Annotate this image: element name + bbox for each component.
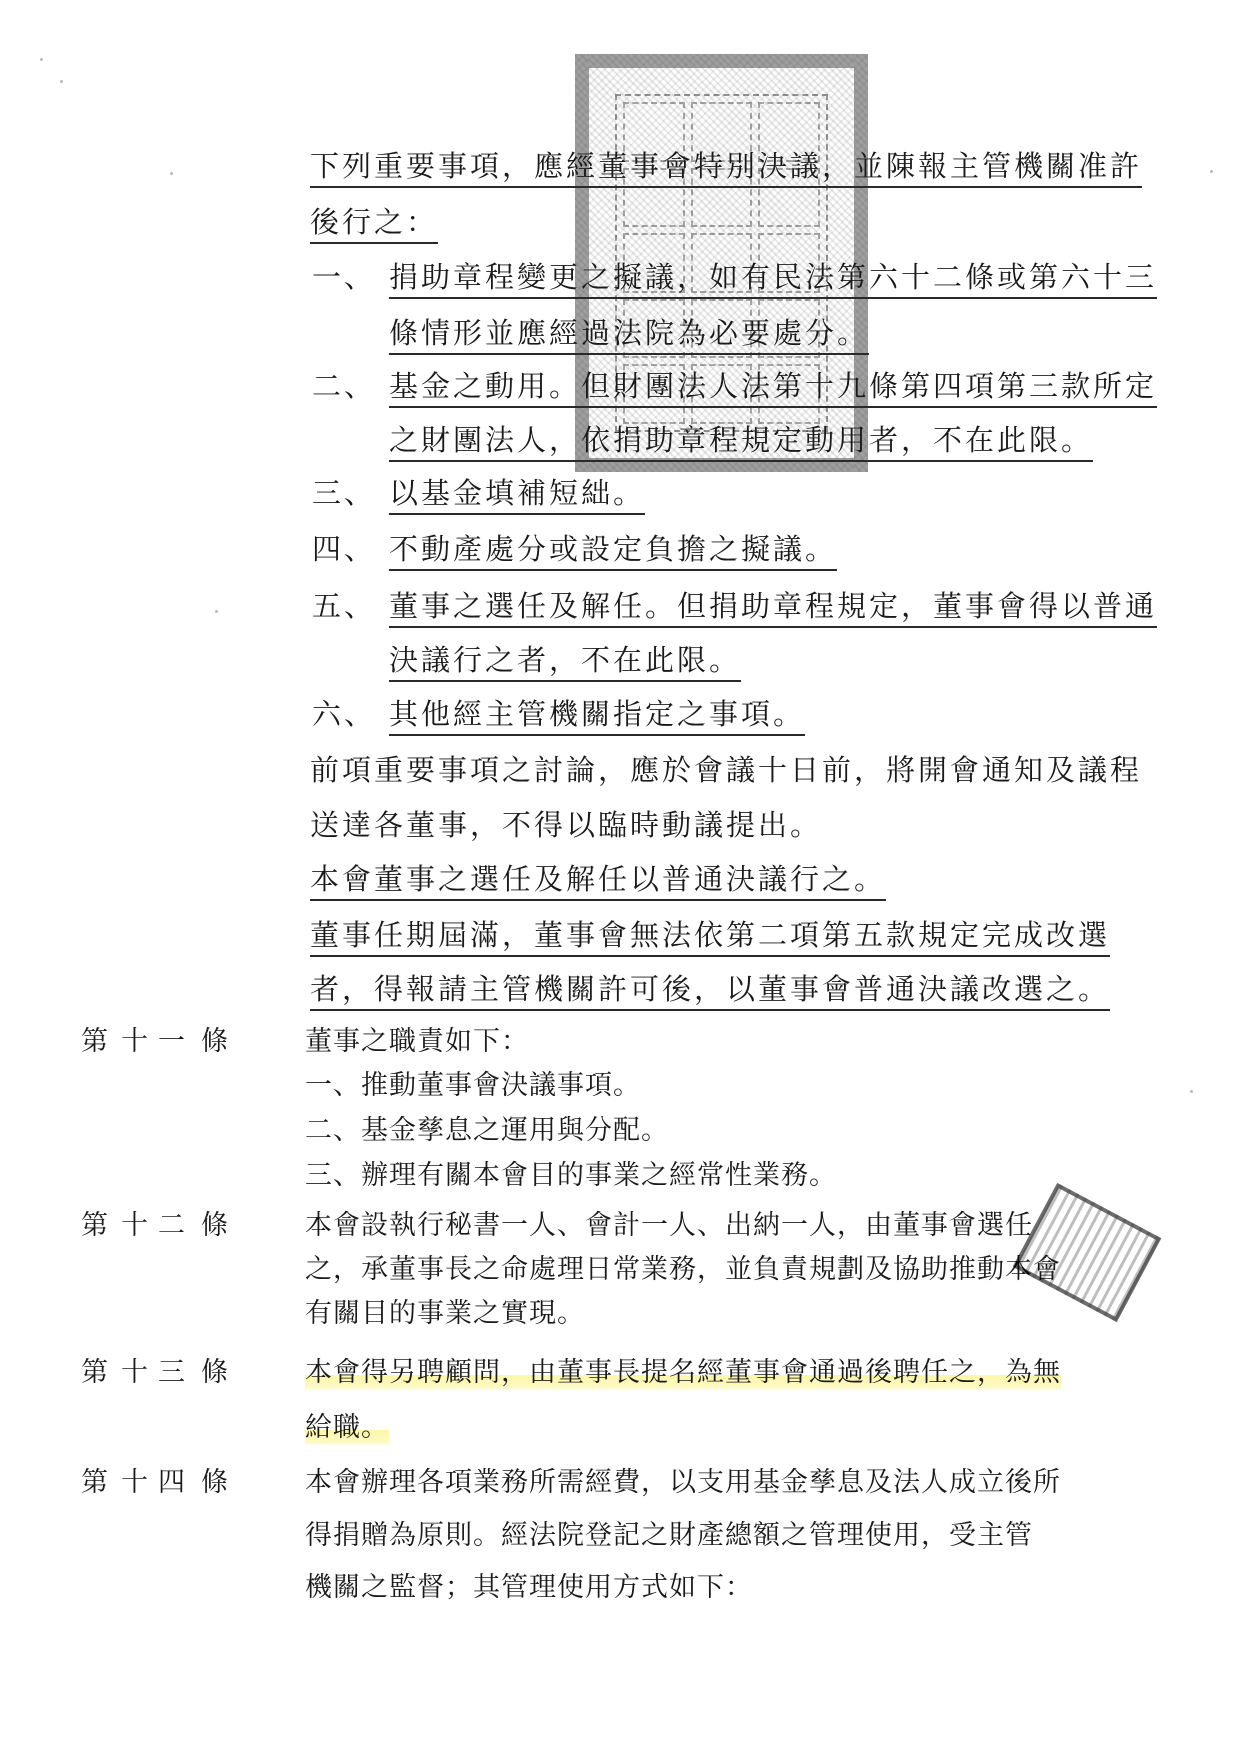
item-5-line-1: 董事之選任及解任。但捐助章程規定，董事會得以普通 xyxy=(389,588,1157,628)
scan-speck xyxy=(1190,1090,1193,1093)
item-2-line-2: 之財團法人，依捐助章程規定動用者，不在此限。 xyxy=(389,422,1093,462)
article-label-number: 十三 xyxy=(121,1355,201,1391)
article-label-di: 第 xyxy=(81,1024,121,1060)
article-13-line-2: 給職。 xyxy=(305,1410,389,1446)
article-12-line-3: 有關目的事業之實現。 xyxy=(305,1296,585,1332)
paragraph-3-line-1: 董事任期屆滿，董事會無法依第二項第五款規定完成改選 xyxy=(310,917,1110,957)
article-14-line-1: 本會辦理各項業務所需經費，以支用基金孳息及法人成立後所 xyxy=(305,1465,1061,1501)
article-label-tiao: 條 xyxy=(201,1024,228,1060)
paragraph-1-line-1: 前項重要事項之討論，應於會議十日前，將開會通知及議程 xyxy=(310,752,1142,788)
article-label-tiao: 條 xyxy=(201,1208,228,1244)
item-2-line-1: 基金之動用。但財團法人法第十九條第四項第三款所定 xyxy=(389,368,1157,408)
article-11-line-2: 一、推動董事會決議事項。 xyxy=(305,1068,641,1104)
article-12-label: 第十二條 xyxy=(81,1208,241,1244)
article-label-number: 十一 xyxy=(121,1024,201,1060)
article-13-label: 第十三條 xyxy=(81,1355,241,1391)
scan-speck xyxy=(170,172,173,175)
item-1-line-2: 條情形並應經過法院為必要處分。 xyxy=(389,315,869,355)
article-12-line-2: 之，承董事長之命處理日常業務，並負責規劃及協助推動本會 xyxy=(305,1252,1061,1288)
article-14-label: 第十四條 xyxy=(81,1465,241,1501)
article-11-line-4: 三、辦理有關本會目的事業之經常性業務。 xyxy=(305,1158,837,1194)
official-seal-small xyxy=(1013,1183,1162,1322)
scan-speck xyxy=(1210,170,1213,173)
article-label-number: 十二 xyxy=(121,1208,201,1244)
article-14-line-3: 機關之監督；其管理使用方式如下： xyxy=(305,1570,753,1606)
intro-line-2: 後行之： xyxy=(310,204,438,244)
item-1-line-1: 捐助章程變更之擬議，如有民法第六十二條或第六十三 xyxy=(389,259,1157,299)
article-13-line-1: 本會得另聘顧問，由董事長提名經董事會通過後聘任之，為無 xyxy=(305,1355,1061,1391)
paragraph-3-line-2: 者，得報請主管機關許可後，以董事會普通決議改選之。 xyxy=(310,971,1110,1011)
scan-speck xyxy=(215,610,218,613)
paragraph-1-line-2: 送達各董事，不得以臨時動議提出。 xyxy=(310,807,822,843)
scan-speck xyxy=(40,58,43,61)
item-number: 一、 xyxy=(312,259,376,295)
article-12-line-1: 本會設執行秘書一人、會計一人、出納一人，由董事會選任 xyxy=(305,1208,1033,1244)
article-14-line-2: 得捐贈為原則。經法院登記之財產總額之管理使用，受主管 xyxy=(305,1518,1033,1554)
item-number: 二、 xyxy=(312,368,376,404)
article-label-tiao: 條 xyxy=(201,1355,228,1391)
item-number: 四、 xyxy=(312,531,376,567)
article-label-di: 第 xyxy=(81,1208,121,1244)
article-label-di: 第 xyxy=(81,1355,121,1391)
scan-speck xyxy=(60,80,63,83)
item-6-line-1: 其他經主管機關指定之事項。 xyxy=(389,696,805,736)
article-label-number: 十四 xyxy=(121,1465,201,1501)
item-number: 五、 xyxy=(312,588,376,624)
item-4-line-1: 不動產處分或設定負擔之擬議。 xyxy=(389,531,837,571)
intro-line-1: 下列重要事項，應經董事會特別決議，並陳報主管機關准許 xyxy=(310,148,1142,188)
item-5-line-2: 決議行之者，不在此限。 xyxy=(389,642,741,682)
item-number: 三、 xyxy=(312,475,376,511)
article-label-di: 第 xyxy=(81,1465,121,1501)
paragraph-2-line-1: 本會董事之選任及解任以普通決議行之。 xyxy=(310,861,886,901)
article-11-line-1: 董事之職責如下： xyxy=(305,1024,529,1060)
article-11-label: 第十一條 xyxy=(81,1024,241,1060)
item-number: 六、 xyxy=(312,696,376,732)
article-label-tiao: 條 xyxy=(201,1465,228,1501)
item-3-line-1: 以基金填補短絀。 xyxy=(389,475,645,515)
article-11-line-3: 二、基金孳息之運用與分配。 xyxy=(305,1113,669,1149)
